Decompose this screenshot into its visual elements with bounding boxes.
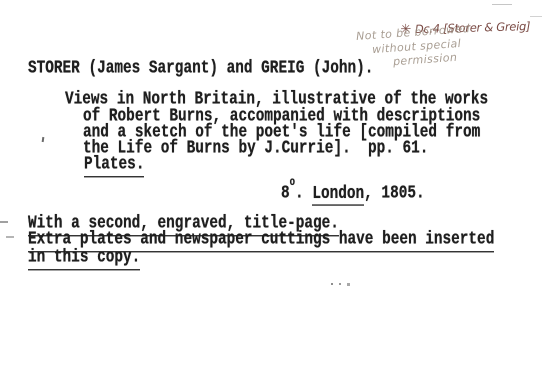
paper-speck bbox=[331, 283, 333, 285]
paper-speck bbox=[339, 283, 341, 285]
note-line-3: in this copy. bbox=[28, 247, 140, 269]
stray-apostrophe-mark bbox=[42, 137, 44, 142]
corner-scan-mark bbox=[492, 4, 512, 5]
format-number: 8 bbox=[281, 183, 290, 204]
note-text-3: in this copy. bbox=[28, 247, 140, 270]
paper-speck bbox=[347, 283, 350, 286]
author-heading: STORER (James Sargant) and GREIG (John). bbox=[28, 58, 373, 80]
format-superscript: o bbox=[290, 176, 295, 189]
catalog-card-scan: ✳ Dc.4 [Storer & Greig] Not to be borrow… bbox=[0, 0, 550, 374]
plates-line: Plates. bbox=[84, 154, 144, 176]
imprint-place: London bbox=[312, 183, 364, 206]
imprint-separator: . bbox=[295, 183, 312, 204]
imprint-line: 8o. London, 1805. bbox=[281, 181, 425, 205]
left-edge-mark bbox=[6, 236, 14, 238]
plates-text: Plates. bbox=[84, 154, 144, 177]
left-edge-mark bbox=[0, 221, 8, 223]
corner-scan-mark bbox=[530, 16, 542, 17]
imprint-date: , 1805. bbox=[364, 183, 424, 204]
